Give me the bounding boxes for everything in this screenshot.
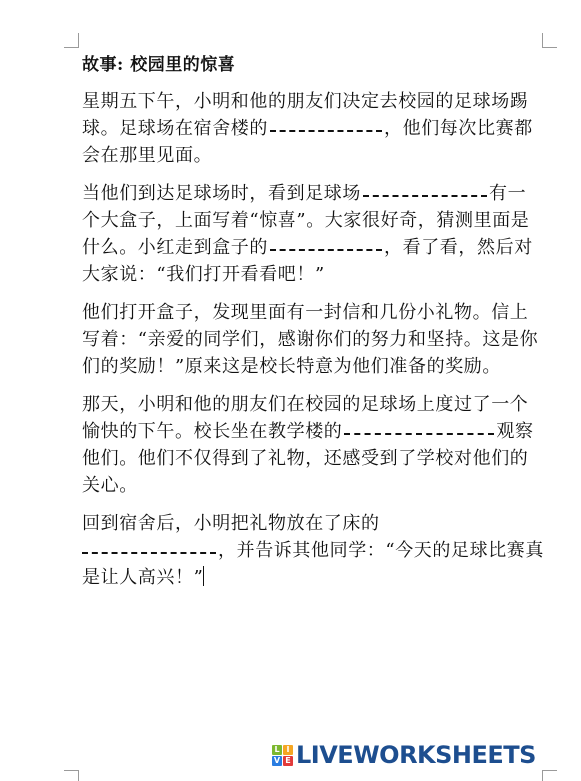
page-corner-mark-top-right: [542, 33, 557, 48]
paragraph-1: 星期五下午，小明和他的朋友们决定去校园的足球场踢球。足球场在宿舍楼的，他们每次比…: [82, 88, 544, 169]
paragraph-3: 他们打开盒子，发现里面有一封信和几份小礼物。信上写着：“亲爱的同学们，感谢你们的…: [82, 299, 544, 380]
paragraph-4: 那天，小明和他的朋友们在校园的足球场上度过了一个愉快的下午。校长坐在教学楼的观察…: [82, 391, 544, 499]
text-cursor: [203, 566, 204, 586]
logo-letter-i: I: [283, 745, 293, 755]
logo-letter-v: V: [272, 756, 282, 766]
paragraph-5: 回到宿舍后，小明把礼物放在了床的，并告诉其他同学：“今天的足球比赛真是让人高兴！…: [82, 510, 544, 591]
fill-blank-2[interactable]: [363, 193, 487, 197]
paragraph-text: 当他们到达足球场时，看到足球场: [82, 183, 361, 204]
paragraph-text: ，并告诉其他同学：“今天的足球比赛真是让人高兴！”: [82, 540, 544, 588]
fill-blank-5[interactable]: [82, 550, 216, 554]
fill-blank-1[interactable]: [270, 128, 382, 132]
story-title: 故事: 校园里的惊喜: [82, 52, 544, 78]
worksheet-page: 故事: 校园里的惊喜 星期五下午，小明和他的朋友们决定去校园的足球场踢球。足球场…: [82, 52, 544, 602]
page-corner-mark-bottom-right: [542, 770, 557, 781]
fill-blank-3[interactable]: [270, 247, 382, 251]
logo-letter-e: E: [283, 756, 293, 766]
page-corner-mark-top-left: [64, 33, 79, 48]
live-icon: L I V E: [272, 745, 293, 766]
paragraph-2: 当他们到达足球场时，看到足球场有一个大盒子，上面写着“惊喜”。大家很好奇，猜测里…: [82, 180, 544, 288]
logo-text: LIVEWORKSHEETS: [296, 741, 536, 769]
page-corner-mark-bottom-left: [64, 770, 79, 781]
paragraph-text: 回到宿舍后，小明把礼物放在了床的: [82, 513, 380, 534]
logo-letter-l: L: [272, 745, 282, 755]
fill-blank-4[interactable]: [344, 431, 494, 435]
liveworksheets-logo: L I V E LIVEWORKSHEETS: [272, 741, 536, 769]
